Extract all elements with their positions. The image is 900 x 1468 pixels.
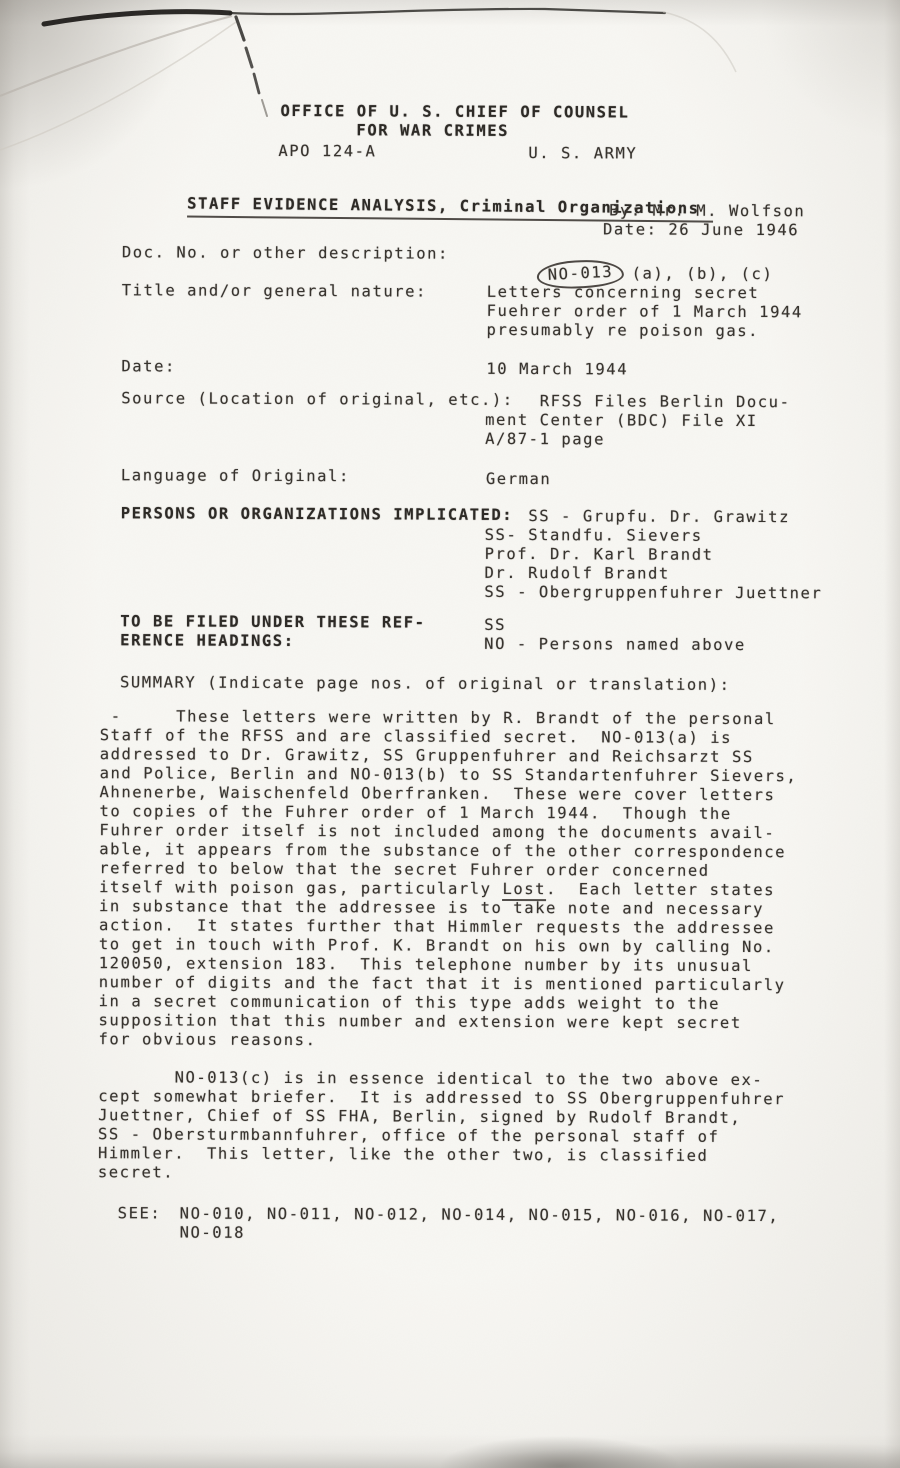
letterhead-office-line2: FOR WAR CRIMES — [356, 121, 509, 141]
typed-content: OFFICE OF U. S. CHIEF OF COUNSEL FOR WAR… — [0, 0, 900, 1468]
summary-paragraph-2: NO-013(c) is in essence identical to the… — [98, 1068, 785, 1185]
see-value: NO-010, NO-011, NO-012, NO-014, NO-015, … — [180, 1205, 780, 1246]
summary-heading: SUMMARY (Indicate page nos. of original … — [120, 673, 731, 695]
date-label: Date: — [121, 357, 176, 376]
source-label: Source (Location of original, etc.): — [121, 389, 514, 410]
letterhead-office-line1: OFFICE OF U. S. CHIEF OF COUNSEL — [280, 102, 629, 123]
summary-p1-underlined-word: Lost — [502, 880, 546, 901]
title-label: Title and/or general nature: — [122, 281, 427, 301]
summary-paragraph-1: - These letters were written by R. Brand… — [98, 707, 797, 1052]
doc-no-label: Doc. No. or other description: — [122, 243, 449, 263]
title-value: Letters concerning secret Fuehrer order … — [487, 283, 803, 341]
letterhead-apo: APO 124-A — [278, 142, 376, 161]
date-value: 10 March 1944 — [486, 360, 628, 380]
letterhead-army: U. S. ARMY — [528, 144, 637, 163]
source-value: RFSS Files Berlin Docu- ment Center (BDC… — [485, 392, 790, 450]
document-page: OFFICE OF U. S. CHIEF OF COUNSEL FOR WAR… — [0, 0, 900, 1468]
doc-no-suffix: (a), (b), (c) — [632, 264, 774, 283]
persons-label: PERSONS OR ORGANIZATIONS IMPLICATED: — [121, 504, 514, 525]
see-label: SEE: — [118, 1204, 162, 1223]
persons-value: SS - Grupfu. Dr. Grawitz SS- Standfu. Si… — [484, 507, 822, 603]
analysis-date-line: Date: 26 June 1946 — [603, 220, 799, 240]
summary-p1-before: - These letters were written by R. Brand… — [99, 707, 797, 898]
language-value: German — [486, 470, 552, 489]
analyst-by-line: By: Mr. M. Wolfson — [609, 201, 805, 221]
summary-p1-after: . Each letter states in substance that t… — [98, 880, 785, 1049]
filed-label: TO BE FILED UNDER THESE REF- ERENCE HEAD… — [120, 612, 425, 651]
filed-value: SS NO - Persons named above — [484, 616, 746, 655]
language-label: Language of Original: — [121, 466, 350, 486]
